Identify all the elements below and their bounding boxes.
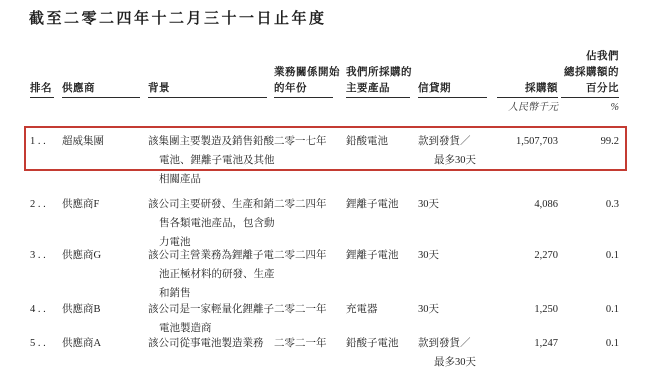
background-line: 相關產品 — [148, 170, 278, 189]
document-page: 截至二零二四年十二月三十一日止年度 排名 供應商 背景 業務關係開始 的年份 我… — [0, 0, 650, 380]
col-header-background: 背景 — [148, 81, 170, 97]
page-title: 截至二零二四年十二月三十一日止年度 — [29, 7, 327, 28]
pct-unit-label: % — [545, 101, 619, 115]
credit-line: 最多30天 — [418, 353, 500, 372]
year-cell: 二零二四年 — [274, 246, 344, 265]
rank-cell: 4 . . — [30, 300, 60, 319]
background-line: 該公司主要研發、生產和銷 — [148, 195, 278, 214]
rule-year — [274, 97, 333, 98]
pct-cell: 0.3 — [545, 195, 619, 214]
col-header-products-line1: 我們所採購的 — [346, 65, 412, 81]
product-cell: 充電器 — [346, 300, 420, 319]
product-cell: 鋰離子電池 — [346, 195, 420, 214]
background-cell: 該集團主要製造及銷售鉛酸 電池、鋰離子電池及其他 相關產品 — [148, 132, 278, 189]
year-cell: 二零二四年 — [274, 195, 344, 214]
rule-percentage — [561, 97, 619, 98]
background-line: 該集團主要製造及銷售鉛酸 — [148, 132, 278, 151]
year-cell: 二零二一年 — [274, 334, 344, 353]
rank-cell: 1 . . — [30, 132, 60, 151]
rank-cell: 3 . . — [30, 246, 60, 265]
supplier-cell: 供應商G — [62, 246, 148, 265]
background-line: 該公司是一家輕量化鋰離子 — [148, 300, 278, 319]
rank-cell: 5 . . — [30, 334, 60, 353]
rule-background — [148, 97, 267, 98]
background-line: 售各類電池產品，包含動 — [148, 214, 278, 233]
product-cell: 鉛酸電池 — [346, 132, 420, 151]
background-cell: 該公司主營業務為鋰離子電 池正極材料的研發、生產 和銷售 — [148, 246, 278, 303]
supplier-cell: 超威集團 — [62, 132, 148, 151]
col-header-credit: 信貸期 — [418, 81, 451, 97]
col-header-year-line1: 業務關係開始 — [274, 65, 340, 81]
col-header-pct-line3: 百分比 — [545, 81, 619, 97]
col-header-products-line2: 主要產品 — [346, 81, 390, 97]
supplier-cell: 供應商A — [62, 334, 148, 353]
background-line: 該公司從事電池製造業務 — [148, 334, 278, 353]
background-cell: 該公司主要研發、生產和銷 售各類電池產品，包含動 力電池 — [148, 195, 278, 252]
background-cell: 該公司從事電池製造業務 — [148, 334, 278, 353]
background-line: 該公司主營業務為鋰離子電 — [148, 246, 278, 265]
year-cell: 二零二一年 — [274, 300, 344, 319]
col-header-pct-line1: 佔我們 — [545, 49, 619, 65]
pct-cell: 0.1 — [545, 300, 619, 319]
pct-cell: 0.1 — [545, 334, 619, 353]
rule-credit — [418, 97, 487, 98]
col-header-supplier: 供應商 — [62, 81, 95, 97]
background-cell: 該公司是一家輕量化鋰離子 電池製造商 — [148, 300, 278, 338]
credit-line: 最多30天 — [418, 151, 500, 170]
year-cell: 二零一七年 — [274, 132, 344, 151]
col-header-pct-line2: 總採購額的 — [545, 65, 619, 81]
background-line: 池正極材料的研發、生產 — [148, 265, 278, 284]
product-cell: 鋰離子電池 — [346, 246, 420, 265]
rule-supplier — [62, 97, 140, 98]
supplier-cell: 供應商B — [62, 300, 148, 319]
col-header-rank: 排名 — [30, 81, 52, 97]
rule-rank — [30, 97, 54, 98]
pct-cell: 99.2 — [545, 132, 619, 151]
supplier-cell: 供應商F — [62, 195, 148, 214]
product-cell: 鉛酸子電池 — [346, 334, 420, 353]
rank-cell: 2 . . — [30, 195, 60, 214]
pct-cell: 0.1 — [545, 246, 619, 265]
rule-products — [346, 97, 410, 98]
background-line: 電池、鋰離子電池及其他 — [148, 151, 278, 170]
col-header-year-line2: 的年份 — [274, 81, 307, 97]
rule-amount — [497, 97, 558, 98]
